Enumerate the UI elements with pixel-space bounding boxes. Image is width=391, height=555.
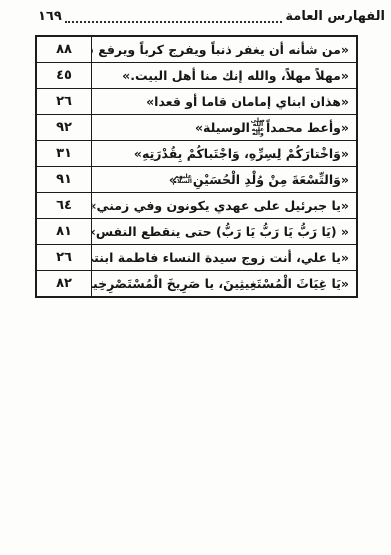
honorific-stamp-icon: عليهم السلام	[178, 175, 192, 184]
page-ref-cell: ٨١	[37, 219, 92, 244]
quote-cell: « (يَا رَبُّ يَا رَبُّ يَا رَبُّ) حتى ين…	[92, 219, 356, 244]
table-row: «يَا غِيَاثَ الْمُسْتَغِيثِينَ، يا صَرِي…	[37, 271, 356, 296]
page-ref-cell: ٢٦	[37, 245, 92, 270]
quote-cell: «وَاخْتارَكُمْ لِسِرِّهِ، وَاجْتَباكُمْ …	[92, 141, 356, 166]
quote-cell: «وَالتِّسْعَةَ مِنْ وُلْدِ الْحُسَيْنِعل…	[92, 167, 356, 192]
table-row: «من شأنه أن يغفر ذنباً ويفرج كرباً ويرفع…	[37, 37, 356, 63]
quote-text: «وَالتِّسْعَةَ مِنْ وُلْدِ الْحُسَيْنِ	[193, 172, 349, 187]
quote-text-after: الوسيلة»	[195, 120, 250, 135]
quote-text: « (يَا رَبُّ يَا رَبُّ يَا رَبُّ) حتى ين…	[92, 224, 349, 239]
quote-text: «وأعط محمداً	[266, 120, 349, 135]
table-row: « (يَا رَبُّ يَا رَبُّ يَا رَبُّ) حتى ين…	[37, 219, 356, 245]
quote-text: «يا جبرئيل على عهدي يكونون وفي زمني»	[92, 198, 349, 213]
page-number: ١٦٩	[38, 9, 62, 24]
index-table: «من شأنه أن يغفر ذنباً ويفرج كرباً ويرفع…	[35, 35, 358, 298]
table-row: «وَاخْتارَكُمْ لِسِرِّهِ، وَاجْتَباكُمْ …	[37, 141, 356, 167]
quote-text: «يا علي، أنت زوج سيدة النساء فاطمة ابنتي…	[92, 250, 349, 265]
page-ref-cell: ٣١	[37, 141, 92, 166]
table-row: «وَالتِّسْعَةَ مِنْ وُلْدِ الْحُسَيْنِعل…	[37, 167, 356, 193]
section-title: الفهارس العامة	[285, 9, 385, 24]
quote-cell: «يا جبرئيل على عهدي يكونون وفي زمني»	[92, 193, 356, 218]
quote-cell: «وأعط محمداًصلى الله عليه وآله الوسيلة»	[92, 115, 356, 140]
table-row: «وأعط محمداًصلى الله عليه وآله الوسيلة» …	[37, 115, 356, 141]
quote-text: «وَاخْتارَكُمْ لِسِرِّهِ، وَاجْتَباكُمْ …	[134, 146, 349, 161]
page-ref-cell: ٦٤	[37, 193, 92, 218]
quote-cell: «هذان ابناي إمامان قاما أو قعدا»	[92, 89, 356, 114]
quote-text-after: »	[169, 172, 177, 187]
page-ref-cell: ٢٦	[37, 89, 92, 114]
table-row: «هذان ابناي إمامان قاما أو قعدا» ٢٦	[37, 89, 356, 115]
dotted-leader	[65, 17, 283, 23]
page-ref-cell: ٩١	[37, 167, 92, 192]
quote-cell: «من شأنه أن يغفر ذنباً ويفرج كرباً ويرفع…	[92, 37, 356, 62]
quote-text: «هذان ابناي إمامان قاما أو قعدا»	[146, 94, 349, 109]
honorific-stamp-icon: صلى الله عليه وآله	[251, 119, 265, 137]
table-row: «يا علي، أنت زوج سيدة النساء فاطمة ابنتي…	[37, 245, 356, 271]
running-head: الفهارس العامة ١٦٩	[0, 0, 391, 24]
page-ref-cell: ٩٢	[37, 115, 92, 140]
page-ref-cell: ٨٨	[37, 37, 92, 62]
table-row: «مهلاً مهلاً، والله إنك منا أهل البيت.» …	[37, 63, 356, 89]
quote-cell: «يا علي، أنت زوج سيدة النساء فاطمة ابنتي…	[92, 245, 356, 270]
book-page: الفهارس العامة ١٦٩ «من شأنه أن يغفر ذنبا…	[0, 0, 391, 555]
quote-text: «من شأنه أن يغفر ذنباً ويفرج كرباً ويرفع…	[92, 42, 349, 57]
quote-text: «يَا غِيَاثَ الْمُسْتَغِيثِينَ، يا صَرِي…	[92, 276, 349, 291]
quote-cell: «مهلاً مهلاً، والله إنك منا أهل البيت.»	[92, 63, 356, 88]
page-ref-cell: ٤٥	[37, 63, 92, 88]
page-ref-cell: ٨٢	[37, 271, 92, 296]
table-row: «يا جبرئيل على عهدي يكونون وفي زمني» ٦٤	[37, 193, 356, 219]
quote-cell: «يَا غِيَاثَ الْمُسْتَغِيثِينَ، يا صَرِي…	[92, 271, 356, 296]
quote-text: «مهلاً مهلاً، والله إنك منا أهل البيت.»	[122, 68, 349, 83]
